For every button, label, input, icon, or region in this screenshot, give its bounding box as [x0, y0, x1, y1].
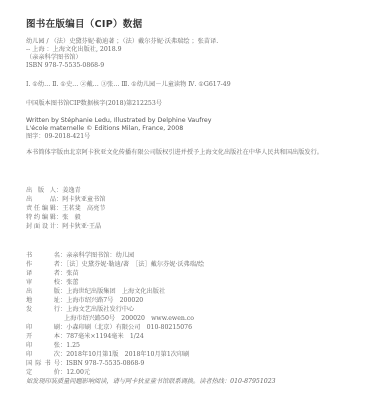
quality-notice: 如发现印装质量问题影响阅读，请与阿卡狄亚童书馆联系调换。读者热线：010-879…	[26, 378, 276, 386]
contract-number: 图字：09-2018-421号	[26, 133, 90, 141]
cip-title: 图书在版编目（CIP）数据	[26, 16, 142, 30]
staff-row: 封面设计：阿卡狄亚·王晶	[26, 222, 101, 231]
cip-line: ISBN 978-7-5535-0868-9	[26, 62, 104, 70]
detail-row: 译者：张苗	[26, 269, 79, 278]
cip-line: 幼儿园 / （法）史黛芬妮·勒迪著 ；（法）戴尔芬妮·沃弗瑞绘 ；张苗译.	[26, 38, 218, 46]
detail-row: 定价：12.00元	[26, 368, 90, 377]
cip-number: 中国版本图书馆CIP数据核字(2018)第212253号	[26, 100, 162, 108]
cip-line: （亲亲科学图书馆）	[26, 54, 82, 62]
detail-row: 印刷：小森印刷（北京）有限公司 010-80215076	[26, 323, 192, 332]
cip-line: -- 上海 ：上海文化出版社, 2018.9	[26, 46, 122, 54]
detail-row: 上海市绍兴路50号 200020 www.ewen.co	[26, 314, 194, 323]
detail-row: 地址：上海市绍兴路7号 200020	[26, 296, 143, 305]
detail-row: 出版：上海世纪出版集团 上海文化出版社	[26, 287, 165, 296]
detail-row: 印张：1.25	[26, 341, 80, 350]
rights-notice: 本书简体字版由北京阿卡狄亚文化传播有限公司版权引进并授予上海文化出版社在中华人民…	[26, 149, 323, 157]
detail-row: 审校：张蕾	[26, 278, 79, 287]
original-edition: L'école maternelle © Editions Milan, Fra…	[26, 125, 183, 133]
detail-row: 开本：787毫米×1194毫米 1/24	[26, 332, 144, 341]
staff-row: 出版人：姜逸青	[26, 186, 81, 195]
cip-classification: Ⅰ. ①幼… Ⅱ. ①史… ②戴… ③张… Ⅲ. ①幼儿园－儿童读物 Ⅳ. ①G…	[26, 81, 231, 89]
written-by: Written by Stéphanie Ledu, Illustrated b…	[26, 117, 212, 125]
detail-row: 发行：上海文艺出版社发行中心	[26, 305, 134, 314]
detail-row: 印次：2018年10月第1版 2018年10月第1次印刷	[26, 350, 189, 359]
staff-row: 特约编辑：张 毅	[26, 213, 81, 222]
detail-row: 书名：亲亲科学图书馆：幼儿园	[26, 251, 134, 260]
detail-row: 国际书号：ISBN 978-7-5535-0868-9	[26, 359, 144, 368]
staff-row: 责任编辑：王茗斐 高亮节	[26, 204, 106, 213]
detail-row: 作者：［法］史黛芬妮·勒迪/著 ［法］戴尔芬妮·沃弗瑞/绘	[26, 260, 204, 269]
staff-row: 出品：阿卡狄亚童书馆	[26, 195, 106, 204]
